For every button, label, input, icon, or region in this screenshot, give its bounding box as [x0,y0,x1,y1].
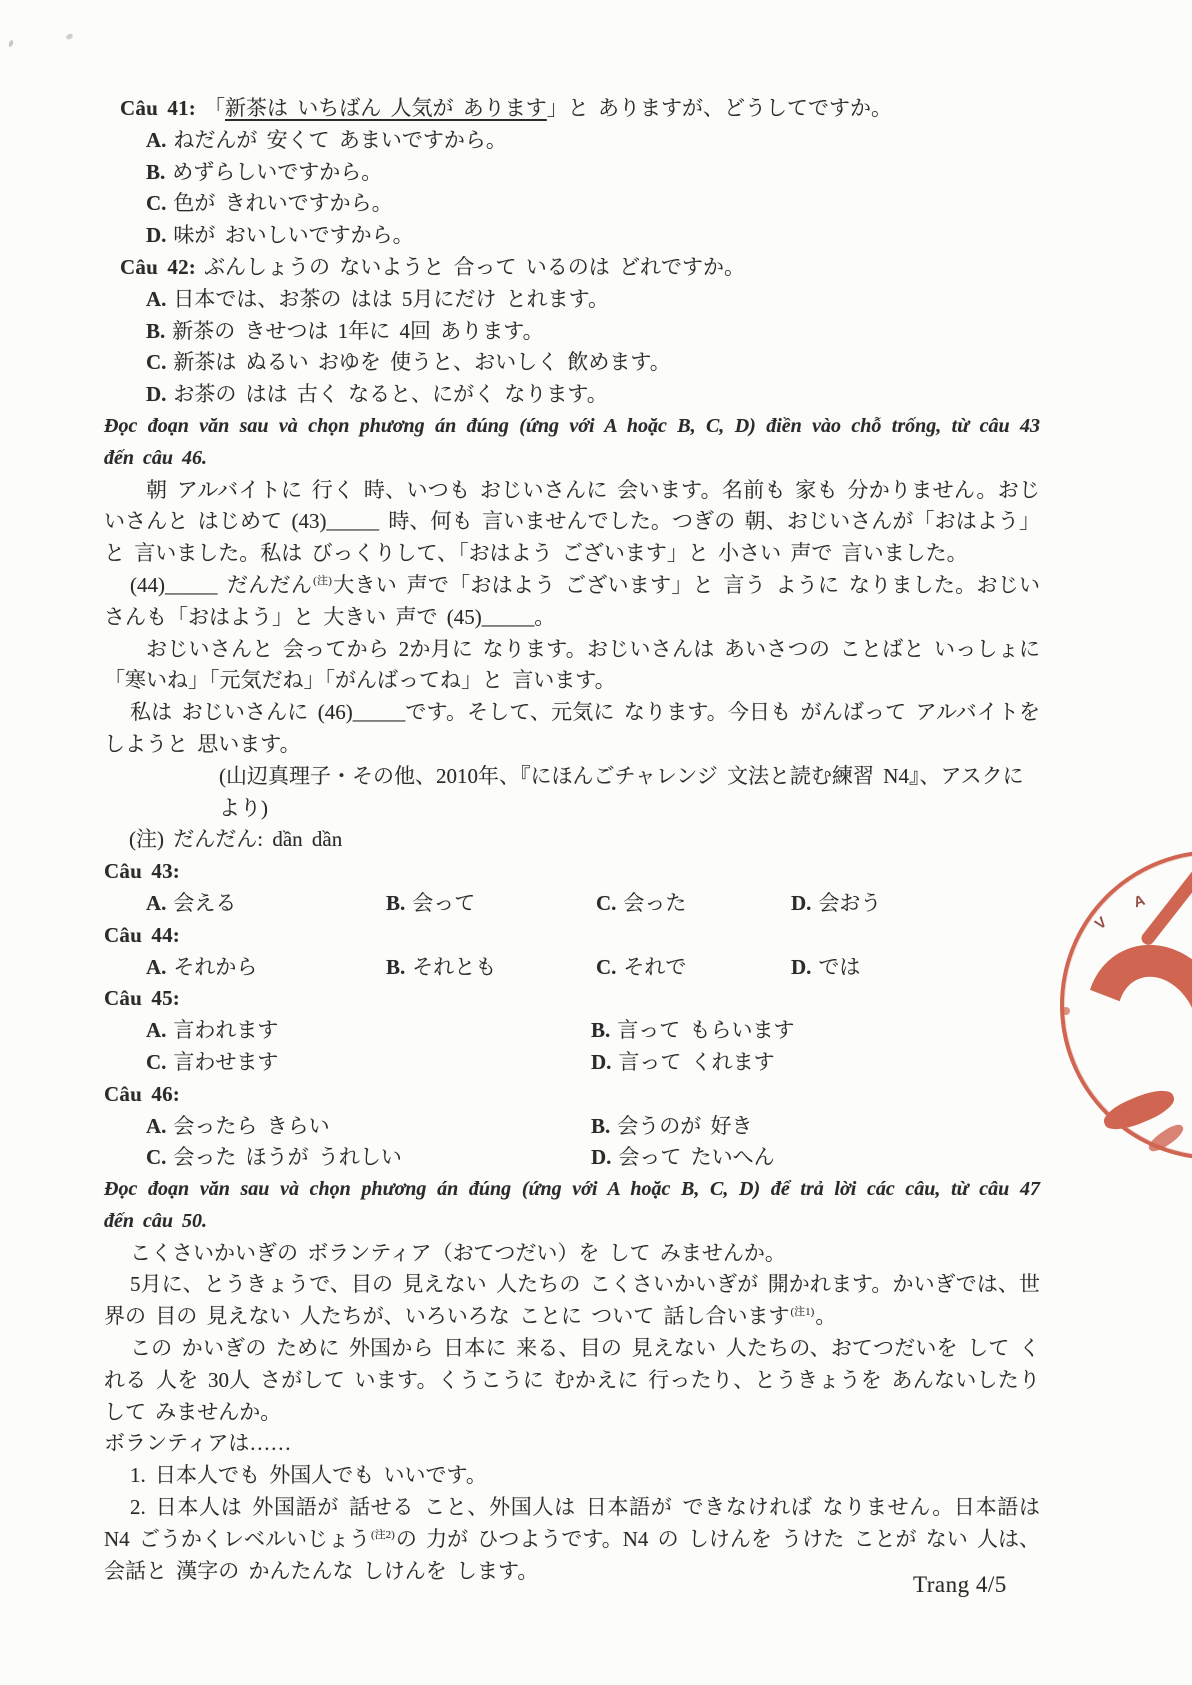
note-reference: (注) [313,575,332,587]
instruction-fill-blank: Đọc đoạn văn sau và chọn phương án đúng … [104,411,1040,475]
question-41-text: Câu 41:「新茶は いちばん 人気が あります」と ありますが、どうしてです… [120,93,1040,125]
q46-options: A.会ったら きらい B.会うのが 好き C.会った ほうが うれしい D.会っ… [146,1111,1040,1175]
question-41-underlined: 新茶は いちばん 人気が あります [225,96,547,120]
passage-text: (44)_____ だんだん [130,573,312,597]
passage-text: 5月に、とうきょうで、目の 見えない 人たちの こくさいかいぎが 開かれます。か… [104,1272,1040,1328]
option-letter: D. [591,1050,611,1074]
option-letter: D. [791,955,811,979]
option-letter: B. [386,955,405,979]
q45-option-b: B.言って もらいます [591,1015,1040,1047]
passage1-paragraph-4: 私は おじいさんに (46)_____です。そして、元気に なります。今日も が… [104,697,1040,761]
q44-option-d: D.では [791,952,1040,984]
q41-option-d: D.味が おいしいですから。 [146,220,1040,252]
q46-option-c: C.会った ほうが うれしい [146,1142,591,1174]
question-43-label-line: Câu 43: [104,856,1040,888]
option-text: 味が おいしいですから。 [173,223,413,247]
question-41-block: Câu 41:「新茶は いちばん 人気が あります」と ありますが、どうしてです… [104,93,1040,252]
question-44-block: Câu 44: A.それから B.それとも C.それで D.では [104,920,1040,984]
option-letter: B. [146,319,165,343]
option-text: 新茶は ぬるい おゆを 使うと、おいしく 飲めます。 [173,350,670,374]
option-letter: A. [146,891,166,915]
question-42-body: ぶんしょうの ないようと 合って いるのは どれですか。 [204,255,745,279]
option-letter: A. [146,955,166,979]
question-41-pre: 「 [204,96,225,120]
passage2-item-1: 1. 日本人でも 外国人でも いいです。 [104,1460,1040,1492]
option-letter: C. [146,1050,166,1074]
option-text: 会おう [818,891,881,915]
q42-option-b: B.新茶の きせつは 1年に 4回 あります。 [146,316,1040,348]
option-letter: A. [146,1018,166,1042]
option-letter: B. [591,1114,610,1138]
q46-option-b: B.会うのが 好き [591,1111,1040,1143]
q45-option-a: A.言われます [146,1015,591,1047]
option-text: では [818,955,860,979]
option-letter: D. [591,1145,611,1169]
option-text: 会った [623,891,686,915]
option-text: 新茶の きせつは 1年に 4回 あります。 [172,319,543,343]
option-text: 会ったら きらい [173,1114,329,1138]
option-letter: A. [146,287,166,311]
q44-option-c: C.それで [596,952,791,984]
option-text: 会って [412,891,475,915]
q42-option-d: D.お茶の はは 古く なると、にがく なります。 [146,379,1040,411]
q44-option-a: A.それから [146,952,386,984]
question-46-label: Câu 46: [104,1082,180,1106]
option-text: ねだんが 安くて あまいですから。 [173,128,507,152]
q45-option-c: C.言わせます [146,1047,591,1079]
passage1-paragraph-1: 朝 アルバイトに 行く 時、いつも おじいさんに 会います。名前も 家も 分かり… [104,475,1040,570]
option-text: 言って もらいます [617,1018,794,1042]
q41-option-c: C.色が きれいですから。 [146,188,1040,220]
question-42-label: Câu 42: [120,255,196,279]
option-letter: D. [791,891,811,915]
q43-options: A.会える B.会って C.会った D.会おう [146,888,1040,920]
option-text: お茶の はは 古く なると、にがく なります。 [173,382,607,406]
passage1-paragraph-3: おじいさんと 会ってから 2か月に なります。おじいさんは あいさつの ことばと… [104,634,1040,698]
passage2-paragraph-2: 5月に、とうきょうで、目の 見えない 人たちの こくさいかいぎが 開かれます。か… [104,1269,1040,1333]
q44-options: A.それから B.それとも C.それで D.では [146,952,1040,984]
option-letter: B. [386,891,405,915]
q41-option-b: B.めずらしいですから。 [146,157,1040,189]
passage2-paragraph-4: ボランティアは…… [104,1428,1040,1460]
option-text: 言って くれます [618,1050,774,1074]
q42-option-c: C.新茶は ぬるい おゆを 使うと、おいしく 飲めます。 [146,347,1040,379]
q44-option-b: B.それとも [386,952,596,984]
passage2-paragraph-1: こくさいかいぎの ボランティア（おてつだい）を して みませんか。 [104,1238,1040,1270]
option-text: それとも [412,955,496,979]
q46-option-a: A.会ったら きらい [146,1111,591,1143]
q43-option-c: C.会った [596,888,791,920]
q43-option-a: A.会える [146,888,386,920]
question-46-label-line: Câu 46: [104,1079,1040,1111]
passage2-paragraph-3: この かいぎの ために 外国から 日本に 来る、目の 見えない 人たちの、おてつ… [104,1333,1040,1428]
q43-option-d: D.会おう [791,888,1040,920]
question-42-text: Câu 42:ぶんしょうの ないようと 合って いるのは どれですか。 [120,252,1040,284]
question-41-label: Câu 41: [120,96,196,120]
option-letter: C. [146,191,166,215]
question-41-post: 」と ありますが、どうしてですか。 [547,96,892,120]
option-text: 言わせます [173,1050,278,1074]
passage2-item-2: 2. 日本人は 外国語が 話せる こと、外国人は 日本語が できなければ なりま… [104,1492,1040,1587]
option-text: それから [173,955,257,979]
passage1-citation: (山辺真理子・その他、2010年、『にほんごチャレンジ 文法と読む練習 N4』、… [219,761,1040,825]
question-42-block: Câu 42:ぶんしょうの ないようと 合って いるのは どれですか。 A.日本… [104,252,1040,411]
option-letter: B. [146,160,165,184]
instruction-answer: Đọc đoạn văn sau và chọn phương án đúng … [104,1174,1040,1238]
option-letter: C. [596,955,616,979]
q46-option-d: D.会って たいへん [591,1142,1040,1174]
option-text: 会った ほうが うれしい [173,1145,402,1169]
question-43-block: Câu 43: A.会える B.会って C.会った D.会おう [104,856,1040,920]
option-text: 日本では、お茶の はは 5月にだけ とれます。 [173,287,609,311]
option-text: めずらしいですから。 [172,160,382,184]
note-reference: (注1) [791,1306,815,1318]
q41-option-a: A.ねだんが 安くて あまいですから。 [146,125,1040,157]
option-text: それで [623,955,686,979]
question-44-label: Câu 44: [104,923,180,947]
option-letter: C. [596,891,616,915]
page-number: Trang 4/5 [913,1572,1007,1598]
option-letter: D. [146,382,166,406]
option-letter: D. [146,223,166,247]
question-43-label: Câu 43: [104,859,180,883]
q42-option-a: A.日本では、お茶の はは 5月にだけ とれます。 [146,284,1040,316]
passage-text: 。 [815,1304,836,1328]
option-text: 会える [173,891,236,915]
question-44-label-line: Câu 44: [104,920,1040,952]
option-letter: A. [146,128,166,152]
option-letter: B. [591,1018,610,1042]
question-46-block: Câu 46: A.会ったら きらい B.会うのが 好き C.会った ほうが う… [104,1079,1040,1174]
question-45-label-line: Câu 45: [104,983,1040,1015]
passage1-note: (注) だんだん: dần dần [129,824,1040,856]
option-letter: A. [146,1114,166,1138]
option-letter: C. [146,1145,166,1169]
q45-options: A.言われます B.言って もらいます C.言わせます D.言って くれます [146,1015,1040,1079]
note-reference: (注2) [371,1529,395,1541]
option-text: 言われます [173,1018,278,1042]
option-text: 会って たいへん [618,1145,774,1169]
q43-option-b: B.会って [386,888,596,920]
scanned-exam-page: { "colors":{ "stamp_red":"#c7452e", "tex… [0,0,1192,1685]
question-45-label: Câu 45: [104,986,180,1010]
q45-option-d: D.言って くれます [591,1047,1040,1079]
question-45-block: Câu 45: A.言われます B.言って もらいます C.言わせます D.言っ… [104,983,1040,1078]
passage1-paragraph-2: (44)_____ だんだん(注)大きい 声で「おはよう ございます」と 言う … [104,570,1040,634]
option-letter: C. [146,350,166,374]
exam-content: Câu 41:「新茶は いちばん 人気が あります」と ありますが、どうしてです… [0,0,1192,1587]
option-text: 会うのが 好き [617,1114,752,1138]
option-text: 色が きれいですから。 [173,191,392,215]
